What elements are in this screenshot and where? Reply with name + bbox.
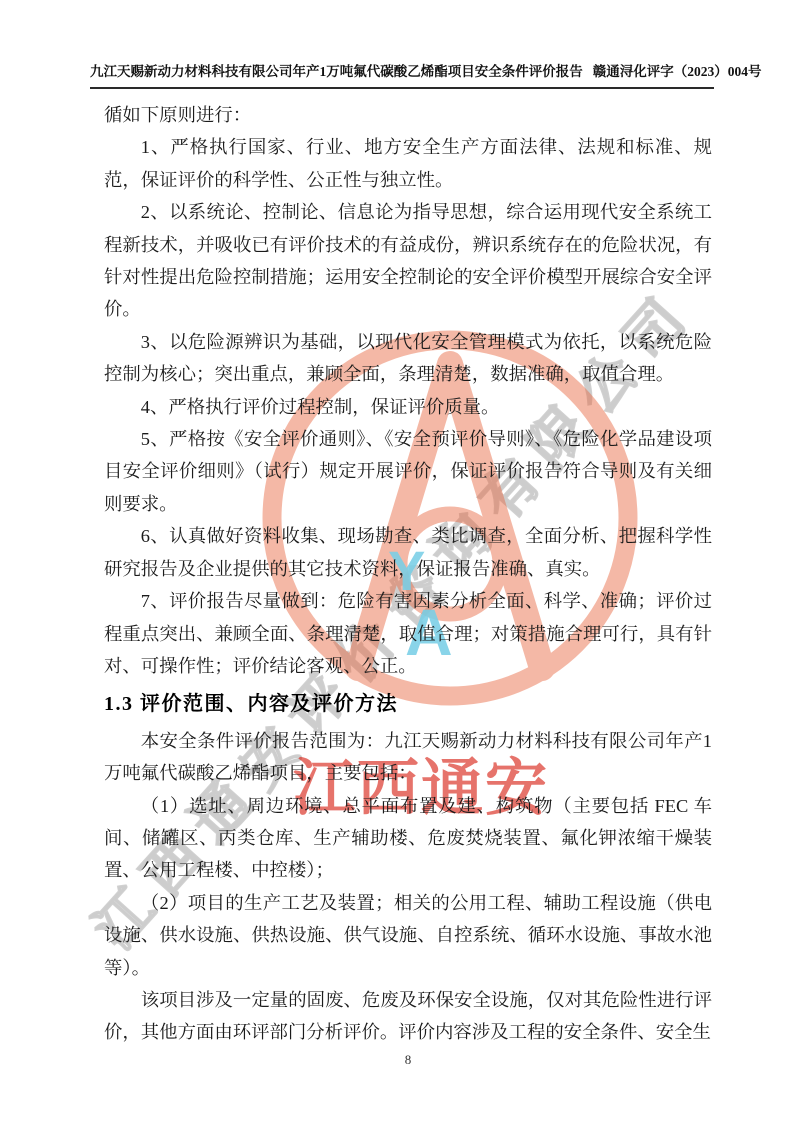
paragraph-scope-note: 该项目涉及一定量的固废、危废及环保安全设施，仅对其危险性进行评价，其他方面由环评…: [104, 984, 712, 1049]
header-report-title: 九江天赐新动力材料科技有限公司年产1万吨氟代碳酸乙烯酯项目安全条件评价报告: [90, 64, 583, 79]
paragraph-scope-item-1: （1）选址、周边环境、总平面布置及建、构筑物（主要包括 FEC 车间、储罐区、丙…: [104, 790, 712, 887]
header-doc-number: 赣通浔化评字（2023）004号: [593, 64, 762, 79]
paragraph-principle-6: 6、认真做好资料收集、现场勘查、类比调查，全面分析、把握科学性研究报告及企业提供…: [104, 520, 712, 585]
paragraph-principle-5: 5、严格按《安全评价通则》、《安全预评价导则》、《危险化学品建设项目安全评价细则…: [104, 423, 712, 520]
paragraph-scope-intro: 本安全条件评价报告范围为：九江天赐新动力材料科技有限公司年产1万吨氟代碳酸乙烯酯…: [104, 725, 712, 790]
paragraph-scope-item-2: （2）项目的生产工艺及装置；相关的公用工程、辅助工程设施（供电设施、供水设施、供…: [104, 887, 712, 984]
page-footer: 8: [104, 1052, 712, 1068]
paragraph-principle-3: 3、以危险源辨识为基础，以现代化安全管理模式为依托，以系统危险控制为核心；突出重…: [104, 326, 712, 391]
paragraph-principle-4: 4、严格执行评价过程控制，保证评价质量。: [104, 391, 712, 423]
page-header: 九江天赐新动力材料科技有限公司年产1万吨氟代碳酸乙烯酯项目安全条件评价报告赣通浔…: [90, 60, 714, 89]
paragraph-principle-2: 2、以系统论、控制论、信息论为指导思想，综合运用现代安全系统工程新技术，并吸收已…: [104, 196, 712, 326]
section-heading-1-3: 1.3 评价范围、内容及评价方法: [104, 688, 712, 720]
continuation-line: 循如下原则进行：: [104, 99, 712, 131]
document-body: 循如下原则进行： 1、严格执行国家、行业、地方安全生产方面法律、法规和标准、规范…: [104, 99, 712, 1049]
document-page: 江西通安评价咨询有限公司 Y A 江西通安 九江天赐新动力材料科技有限公司年产1…: [0, 0, 800, 1131]
page-number: 8: [405, 1052, 412, 1067]
paragraph-principle-1: 1、严格执行国家、行业、地方安全生产方面法律、法规和标准、规范，保证评价的科学性…: [104, 131, 712, 196]
paragraph-principle-7: 7、评价报告尽量做到：危险有害因素分析全面、科学、准确；评价过程重点突出、兼顾全…: [104, 585, 712, 682]
